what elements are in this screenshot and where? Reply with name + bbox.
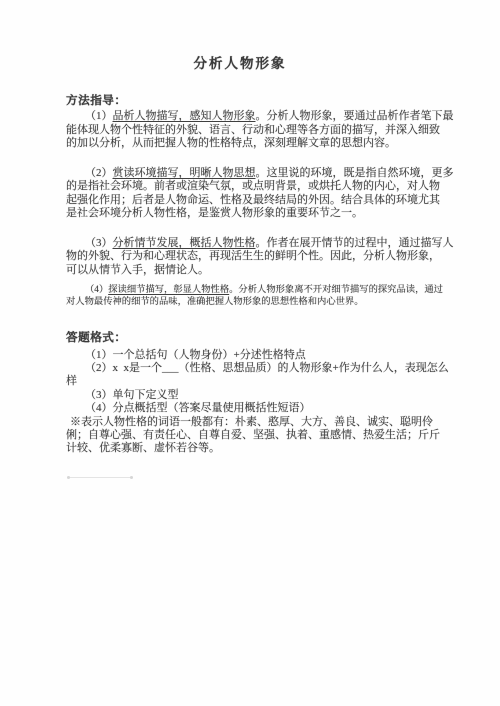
personality-words-note: ※表示人物性格的词语一般都有：朴素、憨厚、大方、善良、诚实、聪明伶 俐；自尊心强…	[66, 416, 440, 456]
list-line: （4）分点概括型（答案尽量使用概括性短语）	[66, 402, 440, 415]
paragraph-line: 起强化作用；后者是人物命运、性格及最终结局的外因。结合具体的环境尤其	[66, 194, 440, 208]
answer-format-heading: 答题格式：	[66, 331, 440, 344]
item-text: 。这里说的环境，既是指自然环境，更多	[256, 167, 454, 179]
note-line: 俐；自尊心强、有责任心、自尊自爱、坚强、执着、重感情、热爱生活；斤斤	[66, 429, 440, 442]
item-marker: （1）	[85, 110, 113, 122]
item-marker: （3）	[85, 237, 113, 249]
paragraph-line: 能体现人物个性特征的外貌、语言、行动和心理等各方面的描写，并深入细致	[66, 124, 440, 138]
paragraph-line: （4）探读细节描写，彰显人物性格。分析人物形象离不开对细节描写的探究品读，通过	[66, 285, 440, 297]
paragraph-line: （3）分析情节发展，概括人物性格。作者在展开情节的过程中，通过描写人	[66, 237, 440, 251]
item-lead-underlined: 探读细节描写，彰显人物性格	[108, 285, 229, 295]
item-lead-underlined: 分析情节发展，概括人物性格	[113, 237, 256, 249]
paragraph-line: （2）赏读环境描写，明晰人物思想。这里说的环境，既是指自然环境，更多	[66, 167, 440, 181]
document-page: 分析人物形象 方法指导： （1）品析人物描写，感知人物形象。分析人物形象，要通过…	[0, 0, 500, 706]
answer-item-3: （3）单句下定义型	[66, 389, 440, 402]
answer-item-2: （2）x x是一个___（性格、思想品质）的人物形象+作为什么人，表现怎么 样	[66, 362, 440, 388]
answer-item-1: （1）一个总括句（人物身份）+分述性格特点	[66, 349, 440, 362]
item-lead-underlined: 赏读环境描写，明晰人物思想	[113, 167, 256, 179]
item-lead-underlined: 品析人物描写，感知人物形象	[113, 110, 256, 122]
answer-item-4: （4）分点概括型（答案尽量使用概括性短语）	[66, 402, 440, 415]
method-item-4: （4）探读细节描写，彰显人物性格。分析人物形象离不开对细节描写的探究品读，通过 …	[66, 285, 440, 308]
answer-format-list: （1）一个总括句（人物身份）+分述性格特点 （2）x x是一个___（性格、思想…	[66, 349, 440, 415]
item-text: 。分析人物形象离不开对细节描写的探究品读，通过	[229, 285, 443, 295]
method-item-1: （1）品析人物描写，感知人物形象。分析人物形象，要通过品析作者笔下最 能体现人物…	[66, 110, 440, 151]
note-line: 计较、优柔寡断、虚怀若谷等。	[66, 442, 440, 455]
note-line: ※表示人物性格的词语一般都有：朴素、憨厚、大方、善良、诚实、聪明伶	[66, 416, 440, 429]
list-line: （3）单句下定义型	[66, 389, 440, 402]
page-content: 分析人物形象 方法指导： （1）品析人物描写，感知人物形象。分析人物形象，要通过…	[0, 0, 440, 456]
paragraph-line: 可以从情节入手，据情论人。	[66, 264, 440, 278]
faint-scan-mark	[69, 477, 131, 481]
paragraph-line: 的是指社会环境。前者或渲染气氛，或点明背景，或烘托人物的内心，对人物	[66, 180, 440, 194]
page-title: 分析人物形象	[53, 56, 427, 72]
item-marker: （4）	[85, 285, 108, 295]
list-line: （2）x x是一个___（性格、思想品质）的人物形象+作为什么人，表现怎么	[66, 362, 440, 375]
item-text: 。分析人物形象，要通过品析作者笔下最	[256, 110, 454, 122]
item-text: 。作者在展开情节的过程中，通过描写人	[256, 237, 454, 249]
method-item-3: （3）分析情节发展，概括人物性格。作者在展开情节的过程中，通过描写人 物的外貌、…	[66, 237, 440, 278]
paragraph-line: 物的外貌、行为和心理状态，再现活生生的鲜明个性。因此，分析人物形象，	[66, 250, 440, 264]
paragraph-line: （1）品析人物描写，感知人物形象。分析人物形象，要通过品析作者笔下最	[66, 110, 440, 124]
list-line: （1）一个总括句（人物身份）+分述性格特点	[66, 349, 440, 362]
list-line: 样	[66, 375, 440, 388]
paragraph-line: 是社会环境分析人物性格，是鉴赏人物形象的重要环节之一。	[66, 207, 440, 221]
item-marker: （2）	[85, 167, 113, 179]
paragraph-line: 的加以分析，从而把握人物的性格特点，深刻理解文章的思想内容。	[66, 137, 440, 151]
methods-heading: 方法指导：	[66, 94, 440, 107]
paragraph-line: 对人物最传神的细节的品味，准确把握人物形象的思想性格和内心世界。	[66, 297, 440, 309]
method-item-2: （2）赏读环境描写，明晰人物思想。这里说的环境，既是指自然环境，更多 的是指社会…	[66, 167, 440, 221]
